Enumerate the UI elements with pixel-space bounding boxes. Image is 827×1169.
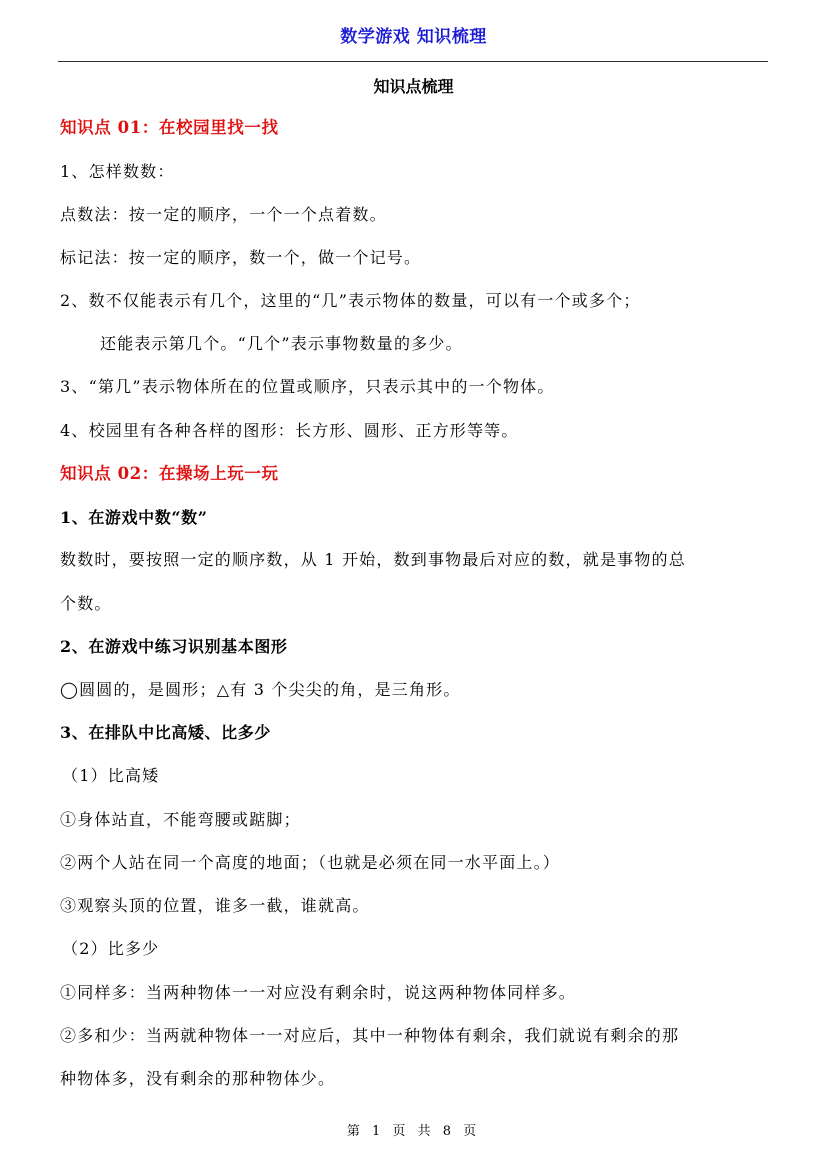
paragraph-line: 种物体多，没有剩余的那种物体少。 [60, 1069, 335, 1089]
paragraph-line: 4、校园里有各种各样的图形：长方形、圆形、正方形等等。 [60, 421, 519, 441]
page-number: 第 1 页 共 8 页 [0, 1120, 827, 1139]
paragraph-line: 2、数不仅能表示有几个，这里的“几”表示物体的数量，可以有一个或多个； [60, 291, 641, 311]
paragraph-line: 标记法：按一定的顺序，数一个，做一个记号。 [60, 248, 421, 268]
paragraph-line: 1、怎样数数： [60, 162, 175, 182]
paragraph-line: ◯圆圆的，是圆形；△有 3 个尖尖的角，是三角形。 [60, 680, 461, 700]
subsection-title: 3、在排队中比高矮、比多少 [60, 723, 271, 743]
subsection-title: 2、在游戏中练习识别基本图形 [60, 637, 288, 657]
subsection-title: 1、在游戏中数“数” [60, 508, 208, 528]
section-heading-02: 知识点 02：在操场上玩一玩 [60, 464, 279, 484]
paragraph-line: ②多和少：当两就种物体一一对应后，其中一种物体有剩余，我们就说有剩余的那 [60, 1026, 679, 1046]
section-heading-01: 知识点 01：在校园里找一找 [60, 118, 279, 138]
paragraph-line: ③观察头顶的位置，谁多一截，谁就高。 [60, 896, 370, 916]
paragraph-line: 数数时，要按照一定的顺序数，从 1 开始，数到事物最后对应的数，就是事物的总 [60, 550, 686, 570]
paragraph-line: ①同样多：当两种物体一一对应没有剩余时，说这两种物体同样多。 [60, 983, 576, 1003]
page-header-title: 数学游戏 知识梳理 [0, 22, 827, 47]
paragraph-line: 个数。 [60, 594, 112, 614]
paragraph-line: ①身体站直，不能弯腰或踮脚； [60, 810, 301, 830]
document-title: 知识点梳理 [0, 74, 827, 97]
paragraph-line: 3、“第几”表示物体所在的位置或顺序，只表示其中的一个物体。 [60, 377, 555, 397]
part-title: （1）比高矮 [62, 766, 159, 786]
paragraph-line: 点数法：按一定的顺序，一个一个点着数。 [60, 205, 387, 225]
part-title: （2）比多少 [62, 939, 159, 959]
header-divider [58, 61, 768, 62]
paragraph-line: ②两个人站在同一个高度的地面；（也就是必须在同一水平面上。） [60, 853, 560, 873]
paragraph-line: 还能表示第几个。“几个”表示事物数量的多少。 [100, 334, 463, 354]
